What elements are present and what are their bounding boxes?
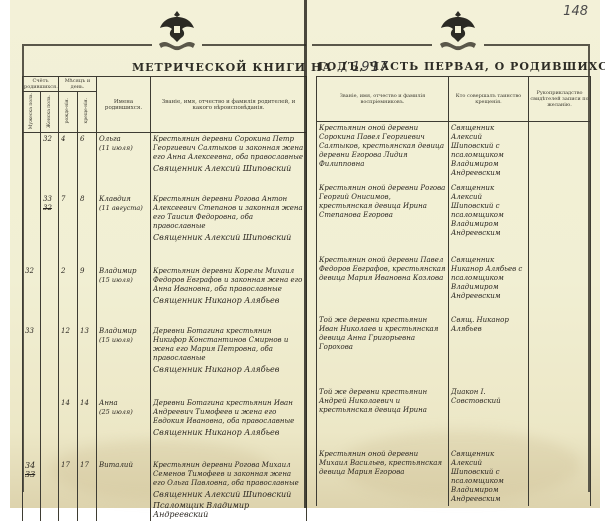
female-count (41, 459, 59, 521)
register-scan: МЕТРИЧЕСКОЙ КНИГИ НА / 1917 Счётъ родивш… (10, 0, 600, 508)
signatures-cell (529, 314, 591, 386)
table-row: Крестьянин оной деревни Павел Федоров Ев… (317, 254, 591, 314)
table-row: 32 4 6 Ольга (11 июля) Крестьянин деревн… (23, 133, 307, 193)
header-officiant: Кто совершалъ таинство крещенія. (449, 77, 529, 122)
left-page: МЕТРИЧЕСКОЙ КНИГИ НА / 1917 Счётъ родивш… (10, 0, 306, 508)
signatures-cell (529, 122, 591, 182)
male-count-cell: 34 33 (23, 459, 41, 521)
table-row: Крестьянин оной деревни Рогова Георгий О… (317, 182, 591, 254)
table-row: Той же деревни крестьянин Андрей Николае… (317, 386, 591, 448)
name-day-note: (25 июля) (99, 408, 148, 416)
male-count: 32 (23, 265, 41, 325)
parents-cell: Деревни Ботагина крестьянин Иван Андреев… (151, 397, 307, 459)
child-name-cell: Ольга (11 июля) (97, 133, 151, 193)
top-rule (484, 44, 588, 46)
table-row: 34 33 17 17 Виталий Крестьянин деревни Р… (23, 459, 307, 521)
baptism-day: 17 (78, 459, 97, 521)
signatures-cell (529, 182, 591, 254)
parents-cell: Крестьянин деревни Рогова Антон Алексеев… (151, 193, 307, 265)
birth-day: 2 (59, 265, 78, 325)
child-name: Ольга (99, 135, 148, 144)
name-day-note: (11 августа) (99, 204, 148, 212)
parents-text: Крестьянин деревни Рогова Михаил Семенов… (153, 461, 304, 488)
baptism-day: 13 (78, 325, 97, 397)
double-headed-eagle-crest-icon (436, 8, 480, 52)
male-count: 33 (23, 325, 41, 397)
parents-text: Крестьянин деревни Сорокина Петр Георгие… (153, 135, 304, 162)
female-count-cell: 33 32 (41, 193, 59, 265)
baptism-day: 6 (78, 133, 97, 193)
officiant-cell: Священник Алексий Шиповский с псаломщико… (449, 448, 529, 506)
female-count (41, 397, 59, 459)
header-parents: Званіе, имя, отчество и фамилія родителе… (151, 77, 307, 133)
top-rule (202, 44, 306, 46)
officiant-cell: Священник Никанор Алябьев с псаломщиком … (449, 254, 529, 314)
child-name-cell: Клавдия (11 августа) (97, 193, 151, 265)
header-signatures: Рукоприкладство свидѣтелей записи по жел… (529, 77, 591, 122)
child-name: Владимир (99, 327, 148, 336)
parents-cell: Деревни Ботагина крестьянин Никифор Конс… (151, 325, 307, 397)
godparents-cell: Той же деревни крестьянин Андрей Николае… (317, 386, 449, 448)
priest-signature: Священник Никанор Алябьев (153, 296, 304, 305)
female-count: 33 (43, 195, 56, 204)
table-row: 33 12 13 Владимир (15 июля) Деревни Бота… (23, 325, 307, 397)
godparents-cell: Той же деревни крестьянин Иван Николаев … (317, 314, 449, 386)
double-headed-eagle-crest-icon (155, 8, 199, 52)
right-page: 148 ГОДЪ, ЧАСТЬ ПЕРВАЯ, О РОДИВШИХСЯ. Зв… (306, 0, 600, 508)
parents-cell: Крестьянин деревни Корелы Михаил Федоров… (151, 265, 307, 325)
godparents-cell: Крестьянин оной деревни Сорокина Павел Г… (317, 122, 449, 182)
signatures-cell (529, 448, 591, 506)
parents-text: Деревни Ботагина крестьянин Никифор Конс… (153, 327, 304, 363)
baptism-day: 8 (78, 193, 97, 265)
header-count-male: Мужеска пола. (23, 92, 41, 133)
godparents-cell: Крестьянин оной деревни Рогова Георгий О… (317, 182, 449, 254)
name-day-note: (11 июля) (99, 144, 148, 152)
top-rule (312, 44, 432, 46)
signatures-cell (529, 254, 591, 314)
godparents-cell: Крестьянин оной деревни Михаил Васильев,… (317, 448, 449, 506)
male-count-empty (23, 397, 41, 459)
register-title-right: ГОДЪ, ЧАСТЬ ПЕРВАЯ, О РОДИВШИХСЯ. (318, 60, 605, 73)
table-row: Той же деревни крестьянин Иван Николаев … (317, 314, 591, 386)
birth-register-left-table: Счётъ родившихся. Мѣсяцъ и день. Имена р… (22, 76, 307, 521)
child-name-cell: Владимир (15 июля) (97, 265, 151, 325)
header-month-day: Мѣсяцъ и день. (59, 77, 97, 92)
male-count (23, 133, 41, 193)
birth-day: 7 (59, 193, 78, 265)
child-name: Виталий (99, 461, 148, 470)
name-day-note: (15 июля) (99, 336, 148, 344)
child-name: Клавдия (99, 195, 148, 204)
child-name: Владимир (99, 267, 148, 276)
psalmist-signature: Псаломщик Владимир Андреевский (153, 501, 304, 519)
child-name-cell: Виталий (97, 459, 151, 521)
name-day-note: (15 июля) (99, 276, 148, 284)
baptism-day: 14 (78, 397, 97, 459)
officiant-cell: Священник Алексий Шиповский с псаломщико… (449, 182, 529, 254)
female-count (41, 265, 59, 325)
header-count-female: Женска пола. (41, 92, 59, 133)
signatures-cell (529, 386, 591, 448)
header-count: Счётъ родившихся. (23, 77, 59, 92)
parents-text: Крестьянин деревни Рогова Антон Алексеев… (153, 195, 304, 231)
table-row: 33 32 7 8 Клавдия (11 августа) Крестьяни… (23, 193, 307, 265)
birth-register-right-table: Званіе, имя, отчество и фамилія воспріем… (316, 76, 591, 506)
birth-day: 4 (59, 133, 78, 193)
child-name: Анна (99, 399, 148, 408)
female-count-struck: 32 (43, 204, 56, 213)
parents-cell: Крестьянин деревни Рогова Михаил Семенов… (151, 459, 307, 521)
table-row: 14 14 Анна (25 июля) Деревни Ботагина кр… (23, 397, 307, 459)
female-count (41, 325, 59, 397)
folio-number: 148 (563, 4, 588, 19)
godparents-cell: Крестьянин оной деревни Павел Федоров Ев… (317, 254, 449, 314)
parents-cell: Крестьянин деревни Сорокина Петр Георгие… (151, 133, 307, 193)
header-names: Имена родившихся. (97, 77, 151, 133)
female-count: 32 (41, 133, 59, 193)
male-count (23, 193, 41, 265)
table-row: Крестьянин оной деревни Сорокина Павел Г… (317, 122, 591, 182)
officiant-cell: Священник Алексий Шиповский с псаломщико… (449, 122, 529, 182)
baptism-day: 9 (78, 265, 97, 325)
top-rule (22, 44, 152, 46)
child-name-cell: Владимир (15 июля) (97, 325, 151, 397)
birth-day: 12 (59, 325, 78, 397)
priest-signature: Священник Никанор Алябьев (153, 428, 304, 437)
table-row: 32 2 9 Владимир (15 июля) Крестьянин дер… (23, 265, 307, 325)
priest-signature: Священник Никанор Алябьев (153, 365, 304, 374)
header-birth: рожде-нія. (59, 92, 78, 133)
male-count: 34 (25, 461, 38, 470)
priest-signature: Священник Алексий Шиповский (153, 164, 304, 173)
male-count-struck: 33 (25, 470, 38, 479)
birth-day: 14 (59, 397, 78, 459)
title-text: МЕТРИЧЕСКОЙ КНИГИ НА (132, 61, 332, 74)
priest-signature: Священник Алексий Шиповский (153, 490, 304, 499)
header-godparents: Званіе, имя, отчество и фамилія воспріем… (317, 77, 449, 122)
child-name-cell: Анна (25 июля) (97, 397, 151, 459)
parents-text: Деревни Ботагина крестьянин Иван Андреев… (153, 399, 304, 426)
table-row: Крестьянин оной деревни Михаил Васильев,… (317, 448, 591, 506)
priest-signature: Священник Алексий Шиповский (153, 233, 304, 242)
officiant-cell: Диакон І. Совстовский (449, 386, 529, 448)
birth-day: 17 (59, 459, 78, 521)
parents-text: Крестьянин деревни Корелы Михаил Федоров… (153, 267, 304, 294)
officiant-cell: Свящ. Никанор Алябьев (449, 314, 529, 386)
header-baptism: креще-нія. (78, 92, 97, 133)
